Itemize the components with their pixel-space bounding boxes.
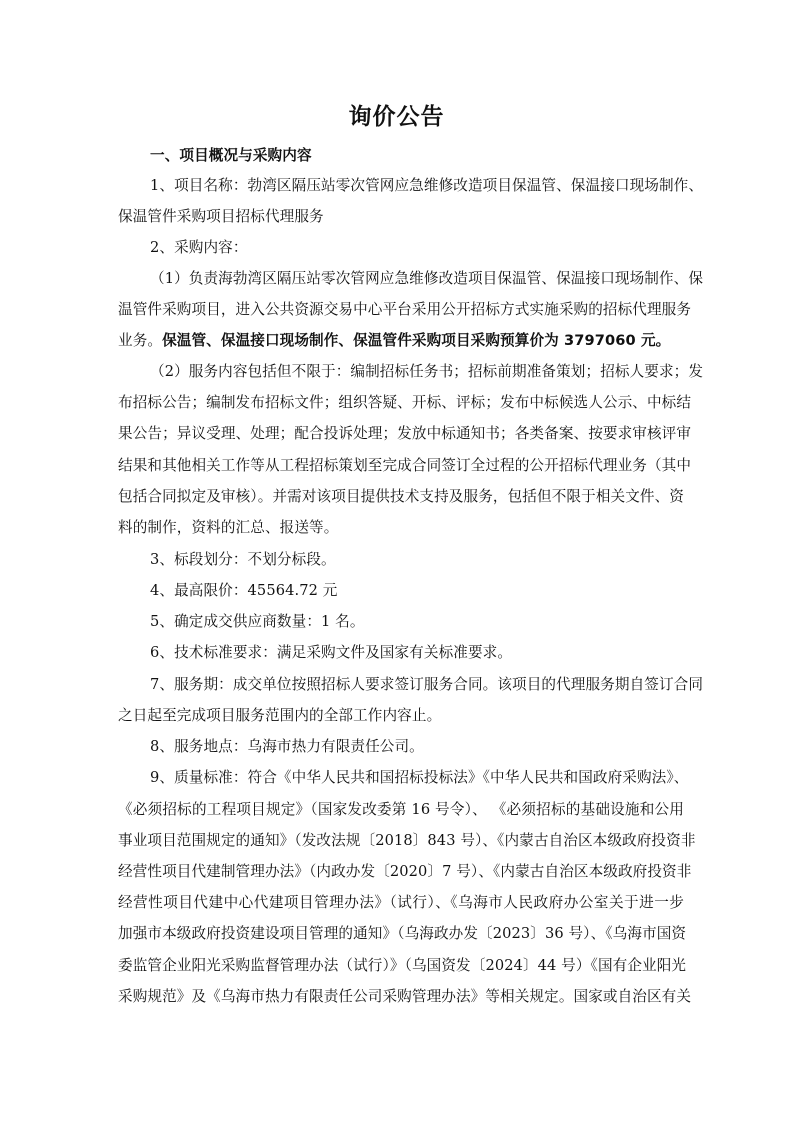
document-page: 询价公告 一、项目概况与采购内容 1、项目名称：勃湾区隔压站零次管网应急维修改造…	[0, 0, 793, 1122]
page-title: 询价公告	[0, 101, 793, 133]
paragraph-line: 1、项目名称：勃湾区隔压站零次管网应急维修改造项目保温管、保温接口现场制作、	[150, 176, 684, 196]
plain-text: 业务。	[118, 332, 162, 349]
paragraph-line: 委监管企业阳光采购监督管理办法（试行）》（乌国资发〔2024〕44 号）《国有企…	[118, 956, 684, 976]
paragraph-line: 料的制作，资料的汇总、报送等。	[118, 518, 684, 538]
budget-statement: 保温管、保温接口现场制作、保温管件采购项目采购预算价为 3797060 元。	[162, 332, 670, 349]
paragraph-line: 温管件采购项目，进入公共资源交易中心平台采用公开招标方式实施采购的招标代理服务	[118, 300, 684, 320]
paragraph-line: 9、质量标准：符合《中华人民共和国招标投标法》《中华人民共和国政府采购法》、	[150, 768, 684, 788]
paragraph-line: （1）负责海勃湾区隔压站零次管网应急维修改造项目保温管、保温接口现场制作、保	[150, 269, 684, 289]
paragraph-line: 3、标段划分：不划分标段。	[150, 550, 684, 570]
paragraph-line: 事业项目范围规定的通知》（发改法规〔2018〕843 号）、《内蒙古自治区本级政…	[118, 831, 684, 851]
paragraph-line: 经营性项目代建中心代建项目管理办法》（试行）、《乌海市人民政府办公室关于进一步	[118, 893, 684, 913]
section-heading: 一、项目概况与采购内容	[150, 146, 716, 166]
paragraph-line: 保温管件采购项目招标代理服务	[118, 207, 684, 227]
paragraph-line: 采购规范》及《乌海市热力有限责任公司采购管理办法》等相关规定。国家或自治区有关	[118, 987, 684, 1007]
paragraph-line: 之日起至完成项目服务范围内的全部工作内容止。	[118, 706, 684, 726]
paragraph-line: 加强市本级政府投资建设项目管理的通知》（乌海政办发〔2023〕36 号）、《乌海…	[118, 924, 684, 944]
paragraph-line: 布招标公告；编制发布招标文件；组织答疑、开标、评标；发布中标候选人公示、中标结	[118, 393, 684, 413]
paragraph-line: 6、技术标准要求：满足采购文件及国家有关标准要求。	[150, 643, 684, 663]
paragraph-line: 包括合同拟定及审核）。并需对该项目提供技术支持及服务，包括但不限于相关文件、资	[118, 487, 684, 507]
paragraph-line: 结果和其他相关工作等从工程招标策划至完成合同签订全过程的公开招标代理业务（其中	[118, 456, 684, 476]
paragraph-line: 经营性项目代建制管理办法》（内政办发〔2020〕7 号）、《内蒙古自治区本级政府…	[118, 862, 684, 882]
paragraph-line: 《必须招标的工程项目规定》（国家发改委第 16 号令）、 《必须招标的基础设施和…	[118, 800, 684, 820]
paragraph-line: 4、最高限价：45564.72 元	[150, 581, 684, 601]
paragraph-line: 业务。保温管、保温接口现场制作、保温管件采购项目采购预算价为 3797060 元…	[118, 331, 684, 351]
paragraph-line: 5、确定成交供应商数量：1 名。	[150, 612, 684, 632]
paragraph-line: 2、采购内容：	[150, 238, 684, 258]
paragraph-line: 果公告；异议受理、处理；配合投诉处理；发放中标通知书；各类备案、按要求审核评审	[118, 424, 684, 444]
paragraph-line: （2）服务内容包括但不限于：编制招标任务书；招标前期准备策划；招标人要求；发	[150, 362, 684, 382]
paragraph-line: 8、服务地点：乌海市热力有限责任公司。	[150, 737, 684, 757]
paragraph-line: 7、服务期：成交单位按照招标人要求签订服务合同。该项目的代理服务期自签订合同	[150, 675, 684, 695]
